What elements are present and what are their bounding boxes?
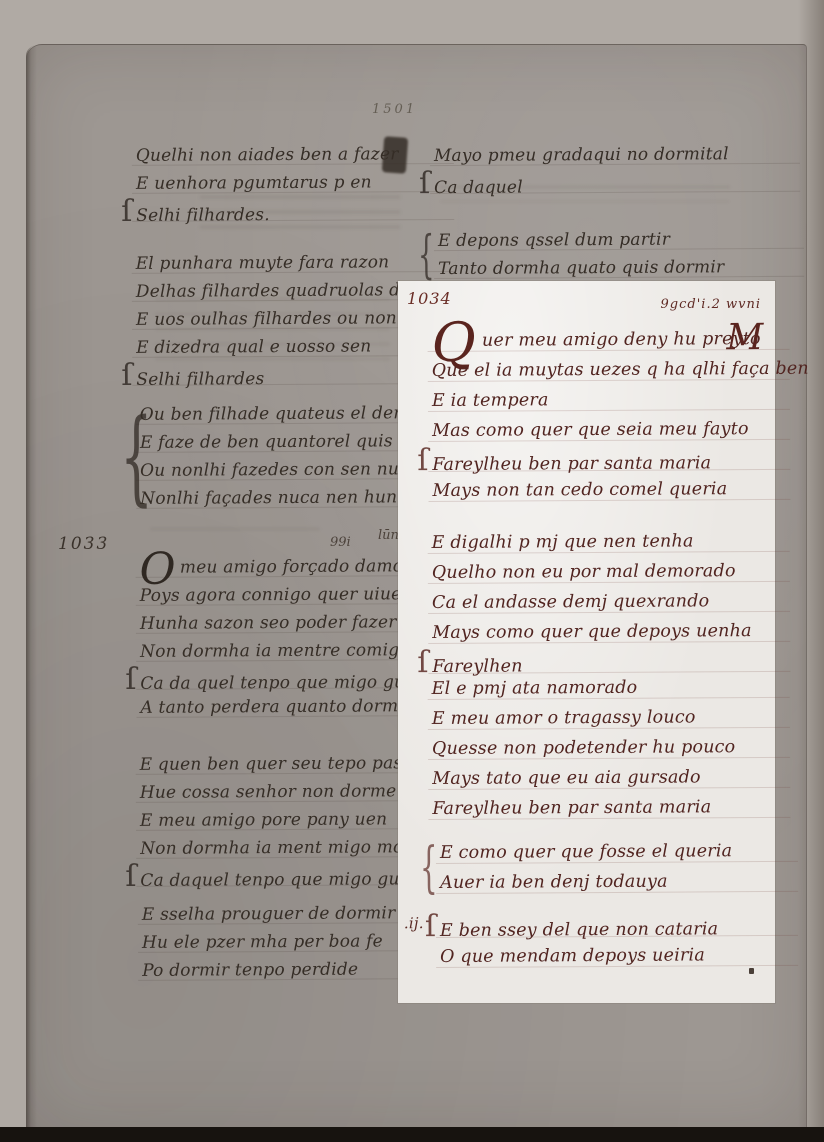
verse-line: Delhas filhardes quadruolas der [136, 276, 428, 306]
stanza: {E depons qssel dum partirTanto dormha q… [438, 225, 778, 283]
verse-line: E como quer que fosse el queria [440, 836, 772, 868]
verse-line: El punhara muyte fara razon [136, 248, 428, 278]
verse-line: E faze de ben quantorel quis [140, 427, 432, 457]
verse-line: E dizedra qual e uosso sen [136, 332, 428, 362]
verse-line: Hunha sazon seo poder fazer [140, 608, 432, 638]
verse-text: Que el ia muytas uezes q ha qlhi faça be… [432, 359, 809, 381]
stanza-number-mark: .ij. [404, 914, 424, 932]
verse-text: E uos oulhas filhardes ou non [136, 308, 397, 330]
stanza: {Ou ben filhade quateus el derE faze de … [140, 399, 433, 513]
stanza: .ij.ſE ben ssey del que non catariaO que… [440, 910, 772, 972]
verse-line: E depons qssel dum partir [438, 225, 778, 255]
verse-line: E digalhi p mj que nen tenha [432, 526, 764, 558]
stanza: E quen ben quer seu tepo passarHue cossa… [140, 749, 433, 891]
verse-line: ſCa da quel tenpo que migo guarir [140, 664, 432, 694]
verse-text: Non dormha ia ment migo morar [140, 837, 430, 859]
verse-text: Po dormir tenpo perdide [142, 960, 358, 981]
verse-line: Omeu amigo forçado damor [139, 552, 431, 582]
verse-text: Delhas filhardes quadruolas der [136, 280, 419, 302]
verse-text: E quen ben quer seu tepo passar [140, 753, 430, 775]
verse-line: Hu ele pzer mha per boa fe [142, 927, 434, 957]
verse-text: Mayo pmeu gradaqui no dormital [434, 144, 729, 166]
verse-line: ſE ben ssey del que non cataria [440, 910, 772, 942]
verse-line: Mas como quer que seia meu fayto [432, 414, 764, 446]
facsimile-overlay-patch: 1034 9gcd'i.2 wvni Quer meu amigo deny h… [398, 281, 775, 1003]
stanza: El e pmj ata namoradoE meu amor o tragas… [432, 672, 765, 824]
verse-line: O que mendam depoys ueiria [440, 940, 772, 972]
stanza: E sselha prouguer de dormir alaHu ele pz… [142, 899, 435, 985]
verse-text: Auer ia ben denj todauya [440, 872, 668, 893]
verse-text: O que mendam depoys ueiria [440, 945, 705, 967]
verse-text: Selhi filhardes. [136, 205, 270, 226]
verse-text: Mays tato que eu aia gursado [432, 767, 701, 789]
verse-line: ſFareylheu ben par santa maria [432, 444, 764, 476]
verse-line: E meu amor o tragassy louco [432, 702, 764, 734]
verse-text: Quesse non podetender hu pouco [432, 737, 736, 759]
page-edge-shadow [798, 0, 824, 1142]
verse-text: Mas como quer que seia meu fayto [432, 419, 749, 441]
verse-line: ſSelhi filhardes [136, 360, 428, 390]
ink-dot [749, 968, 754, 974]
folio-number: 1501 [372, 102, 417, 117]
stanza: {E como quer que fosse el queriaAuer ia … [440, 836, 772, 898]
verse-line: ſCa daquel tenpo que migo guarir [140, 861, 432, 891]
stanza: E digalhi p mj que nen tenhaQuelho non e… [432, 526, 765, 678]
verse-text: Fareylheu ben par santa maria [432, 453, 711, 475]
verse-text: Poys agora connigo quer uiuer [140, 584, 410, 606]
verse-line: A tanto perdera quanto dormir [140, 692, 432, 722]
verse-text: Fareylheu ben par santa maria [432, 797, 711, 819]
marginal-annotation: 99i [330, 535, 351, 550]
verse-text: Mays como quer que depoys uenha [432, 621, 752, 643]
verse-text: E depons qssel dum partir [438, 230, 670, 251]
verse-text: Mays non tan cedo comel queria [432, 479, 727, 501]
stanza: El punhara muyte fara razonDelhas filhar… [136, 248, 429, 390]
verse-line: E uos oulhas filhardes ou non [136, 304, 428, 334]
verse-line: El e pmj ata namorado [432, 672, 764, 704]
verse-text: E como quer que fosse el queria [440, 841, 732, 863]
verse-text: E meu amor o tragassy louco [432, 707, 696, 729]
verse-line: Quesse non podetender hu pouco [432, 732, 764, 764]
verse-line: E sselha prouguer de dormir ala [142, 899, 434, 929]
stanza-brace-mark: { [418, 227, 435, 283]
verse-line: ſSelhi filhardes. [136, 196, 428, 226]
verse-line: Tanto dormha quato quis dormir [438, 253, 778, 283]
verse-text: meu amigo forçado damor [180, 556, 412, 577]
verse-line: Que el ia muytas uezes q ha qlhi faça be… [432, 354, 764, 386]
verse-text: Hu ele pzer mha per boa fe [142, 931, 383, 952]
verse-text: E uenhora pgumtarus p en [136, 172, 372, 193]
verse-text: A tanto perdera quanto dormir [140, 696, 412, 718]
stanza: Omeu amigo forçado damorPoys agora conni… [139, 552, 432, 722]
verse-line: Ou ben filhade quateus el der [140, 399, 432, 429]
verse-line: E uenhora pgumtarus p en [136, 168, 428, 198]
verse-line: Mayo pmeu gradaqui no dormital [434, 140, 774, 170]
verse-text: Ca el andasse demj quexrando [432, 591, 709, 613]
verse-line: Nonlhi façades nuca nen hun ben [140, 483, 432, 513]
verse-text: Ou ben filhade quateus el der [140, 403, 402, 425]
verse-line: Auer ia ben denj todauya [440, 866, 772, 898]
verse-line: Mays como quer que depoys uenha [432, 616, 764, 648]
verse-line: Mays non tan cedo comel queria [432, 474, 764, 506]
verse-text: Ca da quel tenpo que migo guarir [140, 672, 438, 694]
verse-text: Quelhi non aiades ben a fazer [136, 144, 399, 166]
verse-line: E quen ben quer seu tepo passar [140, 749, 432, 779]
verse-text: E sselha prouguer de dormir ala [142, 903, 428, 925]
overlay-annotation: 9gcd'i.2 wvni [661, 297, 761, 312]
verse-text: El e pmj ata namorado [432, 678, 638, 699]
manuscript-photo: 1501 Quelhi non aiades ben a fazerE uenh… [0, 0, 824, 1142]
stanza-brace-mark: { [420, 838, 438, 898]
verse-line: Po dormir tenpo perdide [142, 955, 434, 985]
verse-text: Nonlhi façades nuca nen hun ben [140, 487, 435, 509]
verse-text: Non dormha ia mentre comigo for [140, 640, 441, 662]
verse-text: E meu amigo pore pany uen [140, 809, 387, 831]
verse-text: E dizedra qual e uosso sen [136, 336, 371, 357]
verse-line: Non dormha ia ment migo morar [140, 833, 432, 863]
verse-text: Quelho non eu por mal demorado [432, 561, 736, 583]
stanza: Mayo pmeu gradaqui no dormitalſCa daquel [434, 140, 774, 198]
verse-text: Tanto dormha quato quis dormir [438, 257, 724, 279]
verse-text: E ben ssey del que non cataria [440, 919, 718, 941]
cantiga-number-margin: 1033 [58, 534, 109, 554]
verse-line: Quelhi non aiades ben a fazer [136, 140, 428, 170]
verse-text: E faze de ben quantorel quis [140, 431, 393, 453]
verse-text: El punhara muyte fara razon [136, 252, 390, 274]
verse-line: Quelho non eu por mal demorado [432, 556, 764, 588]
verse-line: Mays tato que eu aia gursado [432, 762, 764, 794]
stanza: Quelhi non aiades ben a fazerE uenhora p… [136, 140, 429, 226]
margin-capital-letter: M [726, 320, 763, 356]
verse-line: E ia tempera [432, 384, 764, 416]
verse-text: E ia tempera [432, 390, 549, 411]
verse-text: Selhi filhardes [136, 369, 264, 390]
cantiga-number-overlay: 1034 [407, 289, 452, 308]
verse-text: Ca daquel tenpo que migo guarir [140, 869, 432, 891]
verse-text: E digalhi p mj que nen tenha [432, 531, 694, 553]
verse-text: Hunha sazon seo poder fazer [140, 612, 397, 634]
verse-text: Hue cossa senhor non dorme ren [140, 781, 432, 803]
verse-text: Ca daquel [434, 177, 523, 198]
verse-line: Ou nonlhi fazedes con sen nulha ren [140, 455, 432, 485]
verse-line: Quer meu amigo deny hu preytoM [431, 324, 763, 356]
verse-line: Non dormha ia mentre comigo for [140, 636, 432, 666]
verse-line: Ca el andasse demj quexrando [432, 586, 764, 618]
verse-line: ſCa daquel [434, 168, 774, 198]
verse-line: E meu amigo pore pany uen [140, 805, 432, 835]
verse-text: uer meu amigo deny hu preyto [482, 329, 761, 351]
verse-line: Hue cossa senhor non dorme ren [140, 777, 432, 807]
verse-line: Poys agora connigo quer uiuer [140, 580, 432, 610]
verse-line: Fareylheu ben par santa maria [432, 792, 764, 824]
photo-bottom-edge [0, 1127, 824, 1142]
stanza: Quer meu amigo deny hu preytoMQue el ia … [431, 324, 764, 506]
